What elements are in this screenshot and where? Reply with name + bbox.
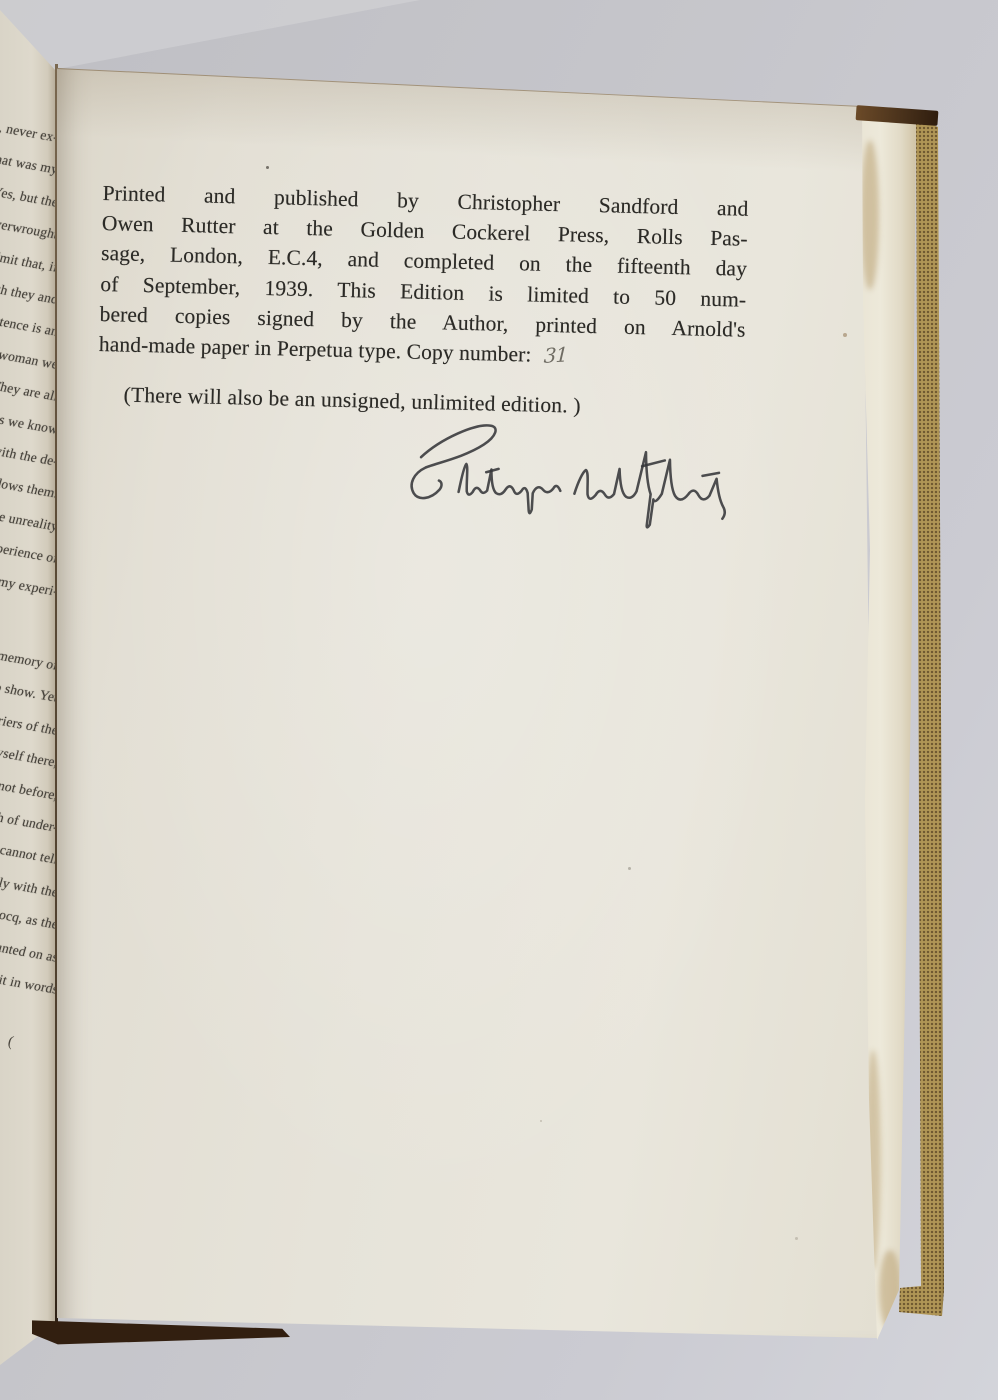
handwritten-copy-number: 31	[543, 339, 568, 371]
foxing-spot	[795, 1237, 798, 1240]
foxing-spot	[628, 867, 631, 870]
edge-stain	[879, 1250, 901, 1330]
backdrop-highlight	[0, 0, 420, 80]
page-top-shadow	[54, 66, 866, 173]
edge-stain	[861, 140, 879, 290]
page-bottom-edge	[282, 1328, 612, 1337]
left-page-text-fragments: he memory of to show. Yet arriers of the…	[0, 650, 58, 1006]
left-page-text-fragments: e, never ex- That was my Yes, but the ov…	[0, 122, 58, 608]
foxing-spot	[540, 1120, 542, 1122]
author-signature	[393, 411, 739, 536]
left-page-edge: e, never ex- That was my Yes, but the ov…	[0, 0, 58, 1380]
foxing-spot	[843, 333, 847, 337]
colophon-text-block: Printed and published by Christopher San…	[97, 178, 754, 423]
book-photograph: e, never ex- That was my Yes, but the ov…	[0, 0, 998, 1400]
copy-number-label: hand-made paper in Perpetua type. Copy n…	[99, 332, 532, 367]
left-page-stray-mark: (	[6, 1034, 15, 1052]
ink-speck	[266, 166, 269, 169]
colophon-page: Printed and published by Christopher San…	[57, 60, 877, 1345]
